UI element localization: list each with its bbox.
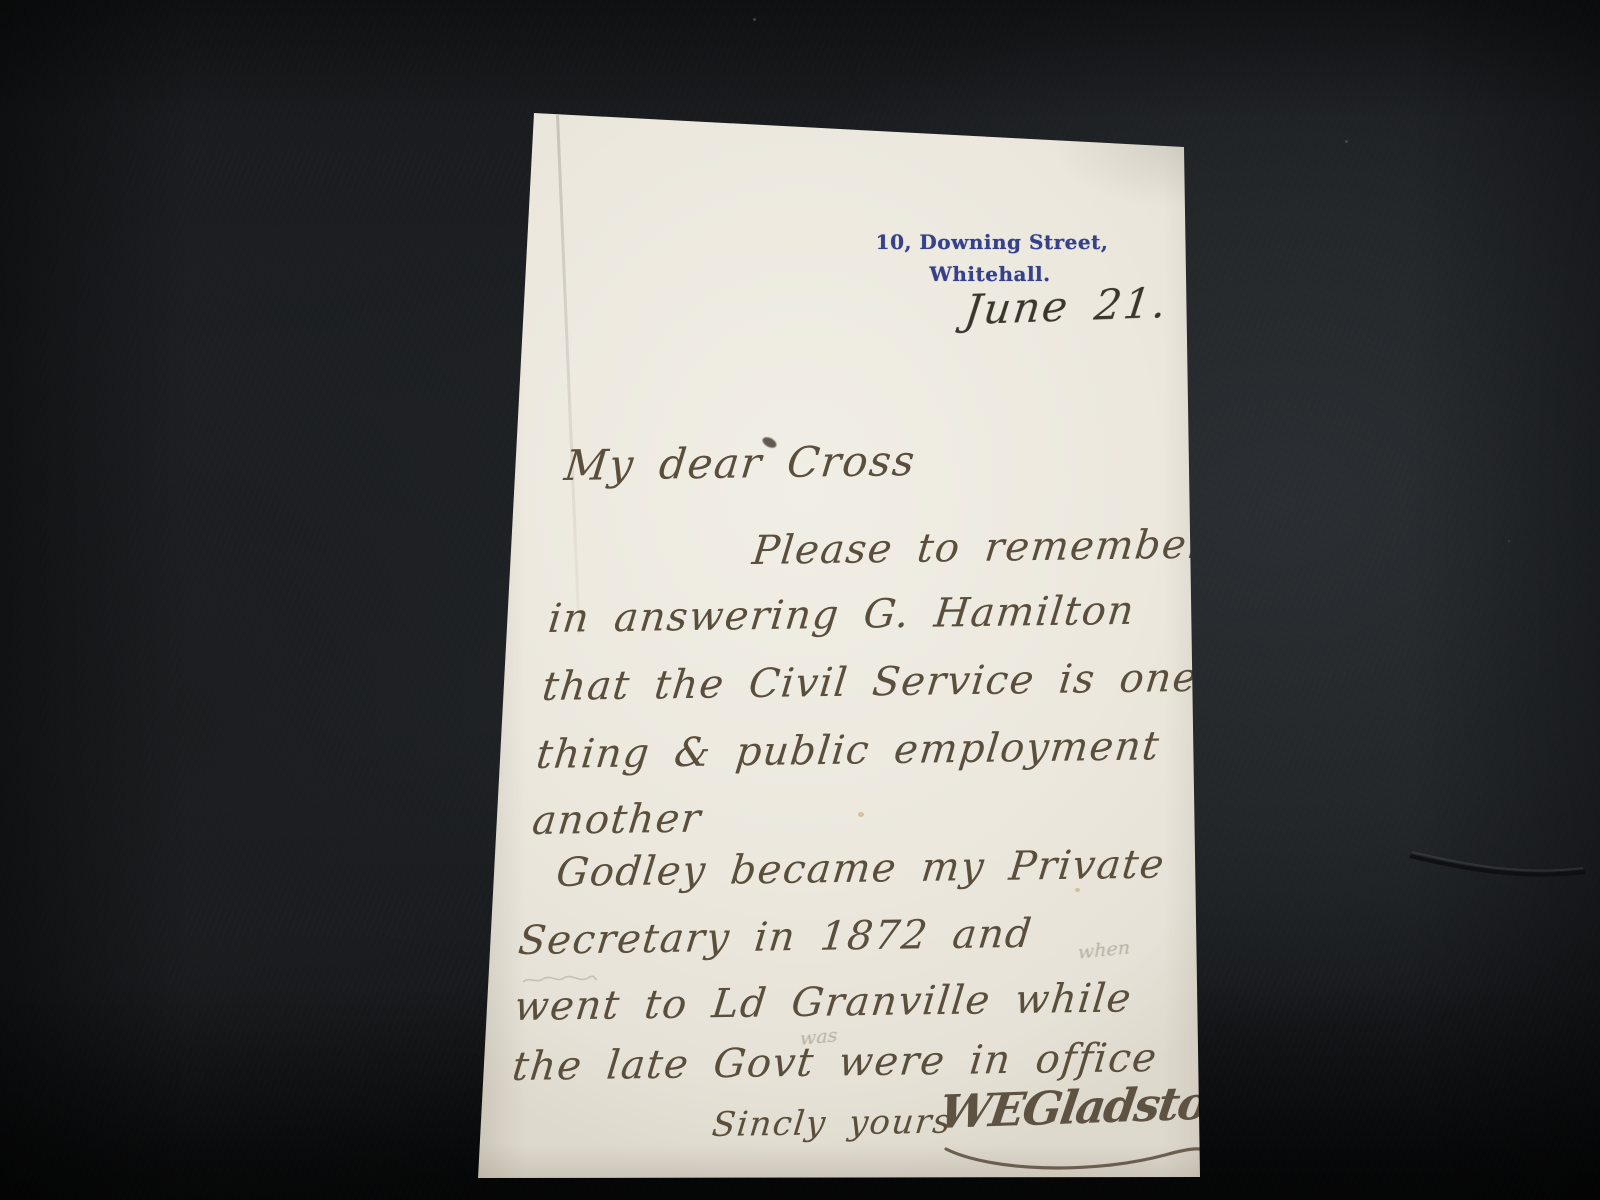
paper-crease <box>556 115 581 635</box>
dust-speck <box>1508 540 1510 542</box>
body-line: Please to remember <box>750 522 1210 574</box>
paper-fleck <box>1075 888 1080 892</box>
letter-sheet: 10, Downing Street, Whitehall. June 21. … <box>478 113 1200 1178</box>
paper-fleck <box>858 812 864 817</box>
closing: Sincly yours <box>710 1102 954 1145</box>
photo-of-letter: 10, Downing Street, Whitehall. June 21. … <box>0 0 1600 1200</box>
pencil-note-above-were: was <box>800 1024 838 1050</box>
body-line: went to Ld Granville while <box>512 975 1135 1030</box>
table-scratch <box>1400 828 1600 898</box>
body-line: in answering G. Hamilton <box>546 588 1137 642</box>
dust-speck <box>1345 140 1348 143</box>
body-line: thing & public employment <box>534 723 1162 778</box>
signature-flourish <box>940 1135 1215 1175</box>
dust-speck <box>753 18 756 21</box>
body-line: another <box>530 796 704 844</box>
salutation: My dear Cross <box>562 436 918 490</box>
pencil-scribble-illegible <box>520 971 600 989</box>
letterhead-address-line: 10, Downing Street, <box>876 230 1109 254</box>
body-line: Secretary in 1872 and <box>516 911 1035 964</box>
body-line: that the Civil Service is one <box>540 655 1200 710</box>
pencil-note-above-while: when <box>1078 936 1130 963</box>
